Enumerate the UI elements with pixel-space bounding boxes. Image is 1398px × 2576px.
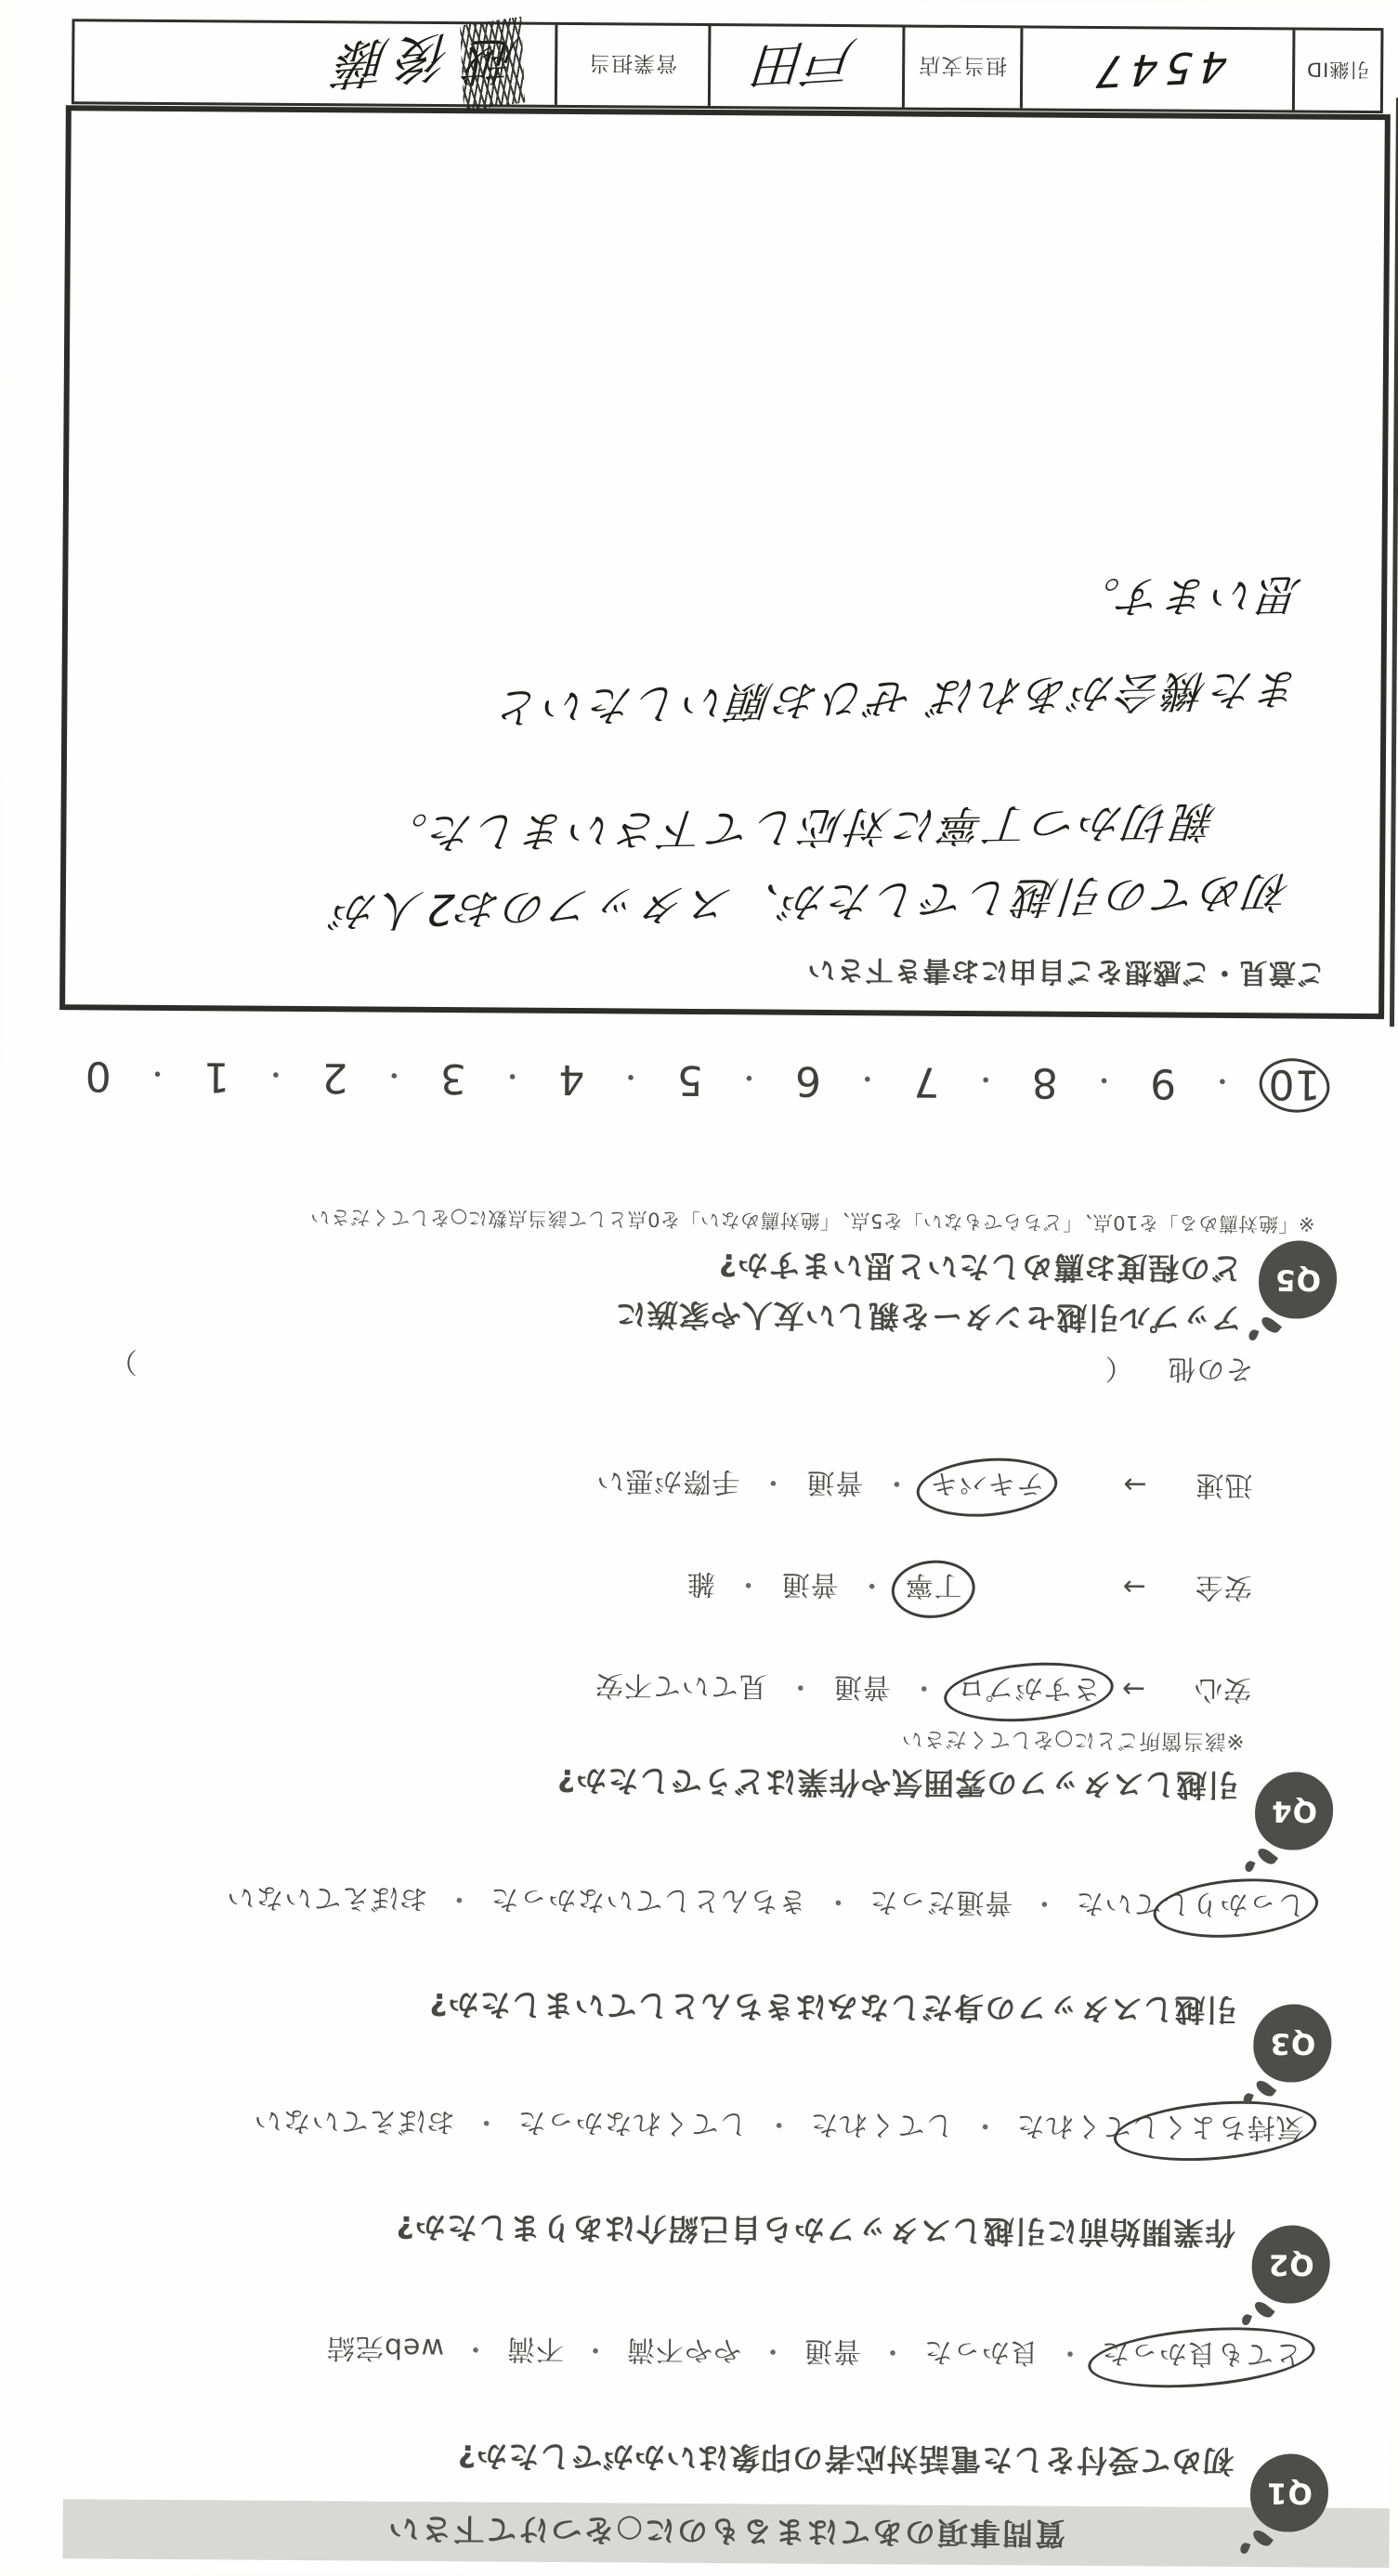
q4-other-blank [147, 1353, 1094, 1359]
leaf-icon [1259, 1314, 1282, 1336]
q4-other-label: その他 [1167, 1353, 1253, 1386]
q5-note: ※「絶対薦める」を10点、「どちらでもない」を5点、「絶対薦めない」を0点として… [310, 1204, 1315, 1239]
sales-rep-label: 営業担当 [588, 50, 677, 82]
option-separator: ・ [472, 2105, 501, 2138]
q2-option: 気持ちよくしてくれた [1016, 2109, 1304, 2143]
cell-sales-rep-label: 営業担当 [555, 25, 709, 106]
scale-separator: ・ [1090, 1062, 1117, 1103]
q4-row1-selected-circle: さすがプロ [957, 1670, 1101, 1712]
q2-option: してくれた [810, 2108, 954, 2141]
scale-separator: ・ [380, 1057, 408, 1098]
q4-row1-option: さすがプロ [957, 1671, 1101, 1705]
q5-question-line1: アップル引越センターを親しい友人や家族に [615, 1294, 1242, 1342]
leaf-dot-icon [1240, 2313, 1252, 2326]
option-separator: ・ [1055, 2336, 1084, 2369]
q4-row-label: 安心 [1166, 1672, 1251, 1714]
q4-row2-selected-circle: 丁寧 [904, 1568, 961, 1609]
q4-row3-selected-circle: テキパキ [929, 1466, 1044, 1508]
q3-options: しっかりしていた・普通だった・きちんとしていなかった・おぼえていない [226, 1879, 1305, 1928]
option-separator: ・ [461, 2332, 490, 2364]
q4-row-other: その他 （ ） [109, 1344, 1254, 1393]
q1-option-selected-circle: とても良かった [1101, 2335, 1302, 2378]
q4-row3-option: テキパキ [929, 1467, 1044, 1500]
leaf-icon [1254, 2078, 1277, 2099]
scale-separator: ・ [262, 1056, 290, 1097]
q1-option: web完結 [326, 2331, 444, 2364]
comment-box: ご意見・ご感想をご自由にお書き下さい 初めての引越しでしたが、スタッフのお2人が… [59, 105, 1391, 1019]
option-separator: ・ [758, 1465, 787, 1497]
q4-row2-option: 雑 [686, 1567, 715, 1600]
q4-row-anshin: 安心→さすがプロ・普通・見ていて不安 [594, 1667, 1251, 1713]
q5-scale-value: 3 [440, 1054, 466, 1102]
q5-scale-value: 5 [677, 1056, 703, 1104]
staff-info-table: 引継ID 4547 担当支店 戸田 営業担当 越 後藤 [72, 19, 1384, 113]
q5-nps-scale: 10・ 9・ 8・ 7・ 6・ 5・ 4・ 3・ 2・ 1・ 0 [85, 1052, 1320, 1107]
option-separator: ・ [1029, 1887, 1058, 1919]
leaf-icon [1252, 2299, 1275, 2321]
q5-question-line2: どの程度お薦めしたいと思いますか? [718, 1245, 1242, 1292]
option-separator: ・ [734, 1567, 763, 1600]
q4-row-jinsoku: 迅速→テキパキ・普通・手際が悪い [595, 1463, 1252, 1509]
survey-document: 質問事項のあてはまるものに○をつけて下さい Q1 初めて受付をした電話対応者の印… [0, 0, 1398, 2576]
handwritten-comment-line4: 思います。 [1070, 567, 1303, 632]
q4-row-label: 安全 [1167, 1570, 1252, 1612]
hikitsugi-id-handwritten-value: 4547 [1087, 41, 1228, 98]
handwritten-comment-line3: また機会があれば ぜひお願いしたいと [492, 660, 1303, 741]
q3-option: きちんとしていなかった [490, 1882, 806, 1916]
q3-option: おぼえていない [226, 1880, 427, 1915]
branch-label: 担当支店 [918, 52, 1007, 84]
q5-badge: Q5 [1259, 1240, 1338, 1319]
scale-separator: ・ [143, 1055, 171, 1096]
q1-option: 良かった [923, 2335, 1039, 2369]
q1-option: 普通 [804, 2334, 861, 2367]
cell-hikitsugi-id-label: 引継ID [1292, 30, 1381, 111]
q4-badge: Q4 [1255, 1772, 1334, 1850]
q2-option: してくれなかった [517, 2106, 748, 2140]
option-separator: ・ [823, 1885, 852, 1917]
option-separator: ・ [758, 2334, 787, 2366]
q5-scale-value: 10 [1268, 1060, 1320, 1107]
scale-separator: ・ [735, 1060, 763, 1101]
arrow-icon: → [1122, 1570, 1146, 1602]
q5-scale-value: 8 [1032, 1058, 1058, 1105]
q2-options: 気持ちよくしてくれた・してくれた・してくれなかった・おぼえていない [254, 2103, 1304, 2151]
q4-row-anzen: 安全→丁寧・普通・雑 [686, 1566, 1251, 1611]
q5-scale-selected-circle: 10 [1268, 1060, 1320, 1107]
cell-branch-value: 戸田 [708, 26, 903, 107]
q4-row3-option: 普通 [805, 1466, 863, 1498]
cell-branch-label: 担当支店 [902, 27, 1021, 108]
option-separator: ・ [882, 1466, 910, 1498]
q4-row-label: 迅速 [1167, 1468, 1252, 1510]
handwritten-comment-line2: 親切かつ丁寧に対応して下さいました。 [378, 793, 1219, 867]
scale-separator: ・ [1209, 1063, 1236, 1104]
q3-question: 引越しスタッフの身だしなみはきちんとしていましたか? [428, 1984, 1236, 2033]
sales-rep-scratched-value: 越 [465, 28, 520, 102]
hikitsugi-id-label: 引継ID [1306, 57, 1370, 85]
arrow-icon: → [1122, 1468, 1146, 1500]
q2-option: おぼえていない [254, 2104, 455, 2138]
q4-row1-option: 見ていて不安 [594, 1668, 767, 1702]
comment-box-label: ご意見・ご感想をご自由にお書き下さい [806, 952, 1325, 997]
q5-scale-value: 6 [795, 1057, 821, 1105]
section-title-bar: 質問事項のあてはまるものに○をつけて下さい [62, 2499, 1389, 2568]
q2-option-selected-circle: 気持ちよくしてくれた [1016, 2108, 1304, 2151]
option-separator: ・ [581, 2333, 609, 2365]
q3-badge: Q3 [1253, 2004, 1332, 2083]
leaf-dot-icon [1244, 1860, 1256, 1873]
q1-badge: Q1 [1250, 2453, 1329, 2532]
cell-sales-rep-value: 越 後藤 [74, 21, 555, 105]
branch-handwritten-value: 戸田 [754, 28, 858, 106]
cell-hikitsugi-id-value: 4547 [1020, 28, 1293, 110]
q4-row1-option: 普通 [833, 1670, 891, 1703]
q2-question: 作業開始前に引越しスタッフから自己紹介はありましたか? [396, 2207, 1235, 2256]
q1-option: やや不満 [626, 2333, 741, 2366]
q1-option: 不満 [506, 2333, 564, 2365]
q1-options: とても良かった・良かった・普通・やや不満・不満・web完結 [326, 2330, 1302, 2377]
q4-other-paren-open: （ [1104, 1352, 1133, 1384]
q1-option: とても良かった [1101, 2336, 1302, 2371]
q5-scale-value: 7 [913, 1058, 939, 1105]
q3-option-selected-circle: しっかりしていた [1075, 1886, 1305, 1929]
q4-badge-label: Q4 [1271, 1794, 1317, 1827]
option-separator: ・ [857, 1568, 886, 1601]
q3-option: 普通だった [869, 1885, 1013, 1918]
q5-scale-value: 1 [203, 1053, 229, 1100]
q5-scale-value: 9 [1150, 1059, 1176, 1106]
q2-badge: Q2 [1251, 2225, 1330, 2304]
option-separator: ・ [909, 1671, 938, 1704]
scan-edge-artifact [1390, 98, 1398, 1026]
q5-scale-value: 4 [558, 1055, 584, 1103]
q2-badge-label: Q2 [1268, 2247, 1314, 2281]
leaf-icon [1255, 1846, 1278, 1867]
arrow-icon: → [1121, 1672, 1145, 1705]
scanned-survey-sheet-upside-down: 質問事項のあてはまるものに○をつけて下さい Q1 初めて受付をした電話対応者の印… [0, 0, 1398, 2576]
option-separator: ・ [786, 1670, 815, 1703]
q4-row2-option: 丁寧 [905, 1569, 962, 1602]
q5-scale-value: 2 [321, 1053, 347, 1101]
scale-separator: ・ [617, 1059, 645, 1100]
q3-option: しっかりしていた [1075, 1887, 1305, 1921]
q4-row3-option: 手際が悪い [595, 1464, 739, 1497]
sales-rep-handwritten-value: 後藤 [327, 21, 452, 106]
q5-badge-label: Q5 [1274, 1262, 1321, 1296]
q4-note: ※該当箇所ごとに○をしてください [901, 1726, 1245, 1759]
q5-scale-value: 0 [85, 1052, 111, 1099]
handwritten-comment-line1: 初めての引越しでしたが、スタッフのお2人が [329, 864, 1292, 946]
q1-badge-label: Q1 [1266, 2476, 1313, 2509]
q4-question: 引越しスタッフの雰囲気や作業はどうでしたか? [556, 1760, 1238, 1809]
q3-badge-label: Q3 [1269, 2026, 1315, 2059]
section-title: 質問事項のあてはまるものに○をつけて下さい [386, 2509, 1065, 2557]
scale-separator: ・ [498, 1058, 526, 1099]
option-separator: ・ [971, 2109, 1000, 2141]
q4-row2-option: 普通 [781, 1568, 839, 1601]
q4-other-paren-close: ） [109, 1345, 137, 1378]
option-separator: ・ [444, 1882, 473, 1915]
leaf-dot-icon [1248, 1328, 1260, 1341]
q1-question: 初めて受付をした電話対応者の印象はいかがでしたか? [457, 2436, 1234, 2485]
option-separator: ・ [764, 2108, 793, 2140]
scale-separator: ・ [972, 1062, 1000, 1103]
option-separator: ・ [878, 2334, 907, 2367]
scale-separator: ・ [854, 1061, 882, 1102]
leaf-dot-icon [1242, 2092, 1254, 2105]
